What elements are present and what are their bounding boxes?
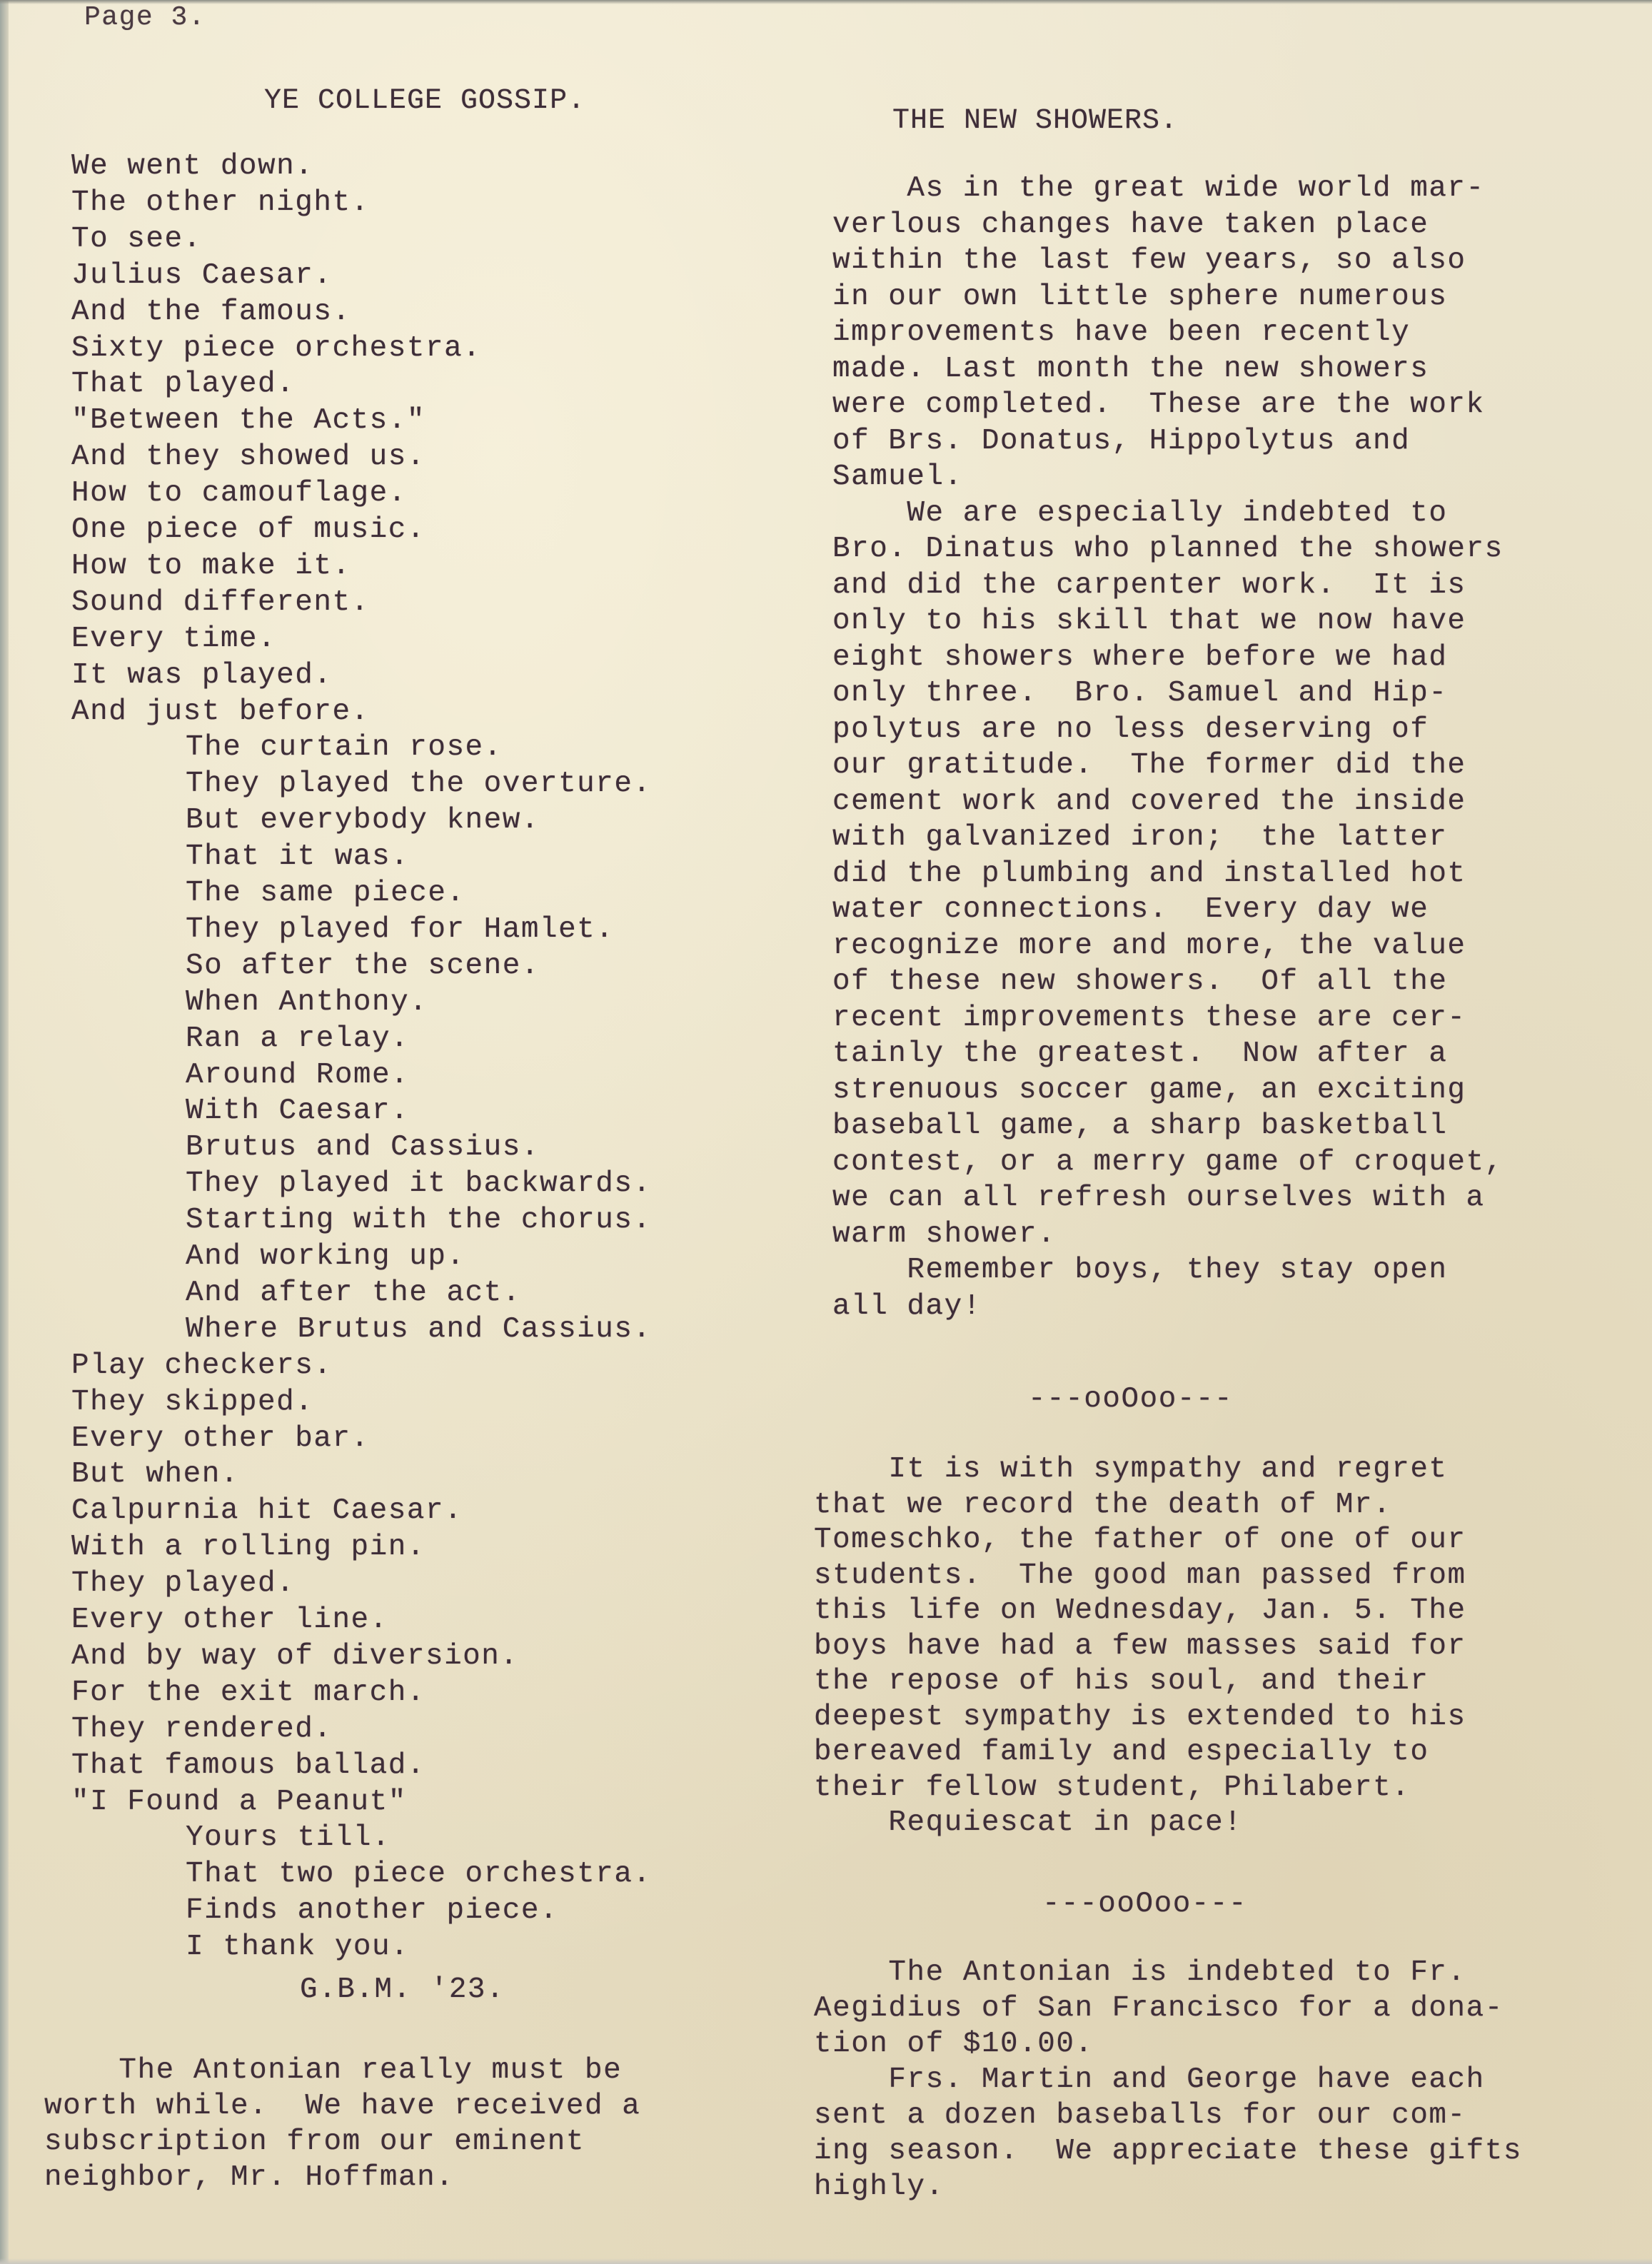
poem-line: We went down. bbox=[71, 152, 313, 181]
poem-line: One piece of music. bbox=[71, 515, 425, 545]
poem-line: Where Brutus and Cassius. bbox=[186, 1315, 652, 1344]
note-line: subscription from our eminent bbox=[44, 2128, 585, 2157]
left-article-title: YE COLLEGE GOSSIP. bbox=[264, 87, 585, 116]
obituary-line: bereaved family and especially to bbox=[814, 1738, 1429, 1767]
obituary-line: It is with sympathy and regret bbox=[814, 1455, 1448, 1484]
showers-line: were completed. These are the work bbox=[832, 391, 1485, 420]
showers-line: Remember boys, they stay open bbox=[832, 1256, 1447, 1285]
donation-line: highly. bbox=[814, 2173, 945, 2202]
obituary-line: this life on Wednesday, Jan. 5. The bbox=[814, 1596, 1466, 1626]
obituary-line: Tomeschko, the father of one of our bbox=[814, 1526, 1466, 1555]
poem-line: Julius Caesar. bbox=[71, 261, 332, 291]
poem-line: The other night. bbox=[71, 188, 370, 218]
poem-line: For the exit march. bbox=[71, 1679, 425, 1708]
obituary-line: the repose of his soul, and their bbox=[814, 1667, 1429, 1696]
poem-line: That played. bbox=[71, 370, 295, 399]
poem-line: But when. bbox=[71, 1460, 239, 1489]
poem-line: They played for Hamlet. bbox=[186, 915, 614, 945]
poem-line: And working up. bbox=[186, 1242, 465, 1272]
poem-line: Every time. bbox=[71, 625, 276, 654]
showers-line: we can all refresh ourselves with a bbox=[832, 1184, 1485, 1213]
donation-line: ing season. We appreciate these gifts bbox=[814, 2137, 1522, 2166]
showers-line: did the plumbing and installed hot bbox=[832, 860, 1466, 889]
paper-left-edge bbox=[0, 0, 9, 2264]
showers-line: made. Last month the new showers bbox=[832, 355, 1429, 384]
poem-signature: G.B.M. '23. bbox=[300, 1976, 505, 2005]
poem-line: I thank you. bbox=[186, 1933, 409, 1962]
poem-line: Finds another piece. bbox=[186, 1896, 558, 1926]
poem-line: And they showed us. bbox=[71, 443, 425, 472]
note-line: neighbor, Mr. Hoffman. bbox=[44, 2163, 454, 2193]
poem-line: They played the overture. bbox=[186, 770, 652, 799]
poem-line: "Between the Acts." bbox=[71, 406, 425, 436]
showers-line: eight showers where before we had bbox=[832, 643, 1447, 673]
poem-line: That it was. bbox=[186, 842, 409, 872]
showers-line: As in the great wide world mar- bbox=[832, 174, 1485, 203]
donation-line: tion of $10.00. bbox=[814, 2030, 1094, 2059]
right-article-title: THE NEW SHOWERS. bbox=[892, 107, 1178, 136]
poem-line: Every other bar. bbox=[71, 1424, 370, 1454]
poem-line: Calpurnia hit Caesar. bbox=[71, 1496, 463, 1526]
section-separator-2: ---ooOoo--- bbox=[1042, 1890, 1247, 1919]
poem-line: They skipped. bbox=[71, 1388, 313, 1417]
poem-line: And just before. bbox=[71, 698, 370, 727]
poem-line: Starting with the chorus. bbox=[186, 1206, 652, 1235]
poem-line: But everybody knew. bbox=[186, 806, 540, 835]
showers-line: tainly the greatest. Now after a bbox=[832, 1040, 1447, 1069]
showers-line: all day! bbox=[832, 1292, 982, 1322]
poem-line: With a rolling pin. bbox=[71, 1533, 425, 1562]
poem-line: How to camouflage. bbox=[71, 479, 407, 508]
showers-line: cement work and covered the inside bbox=[832, 788, 1466, 817]
obituary-line: students. The good man passed from bbox=[814, 1561, 1466, 1591]
showers-line: only three. Bro. Samuel and Hip- bbox=[832, 679, 1447, 708]
poem-line: The same piece. bbox=[186, 879, 465, 908]
poem-line: They played it backwards. bbox=[186, 1169, 652, 1199]
donation-line: Frs. Martin and George have each bbox=[814, 2066, 1485, 2095]
showers-line: in our own little sphere numerous bbox=[832, 283, 1447, 312]
donation-line: Aegidius of San Francisco for a dona- bbox=[814, 1994, 1504, 2023]
section-separator-1: ---ooOoo--- bbox=[1028, 1385, 1233, 1414]
showers-line: verlous changes have taken place bbox=[832, 211, 1429, 240]
donation-line: sent a dozen baseballs for our com- bbox=[814, 2101, 1466, 2130]
note-line: The Antonian really must be bbox=[44, 2056, 622, 2086]
poem-line: The curtain rose. bbox=[186, 733, 503, 763]
showers-line: of Brs. Donatus, Hippolytus and bbox=[832, 427, 1410, 456]
showers-line: only to his skill that we now have bbox=[832, 607, 1466, 636]
showers-line: recognize more and more, the value bbox=[832, 932, 1466, 961]
poem-line: How to make it. bbox=[71, 552, 351, 581]
paper-bottom-edge bbox=[0, 2258, 1652, 2264]
page-number: Page 3. bbox=[84, 4, 206, 31]
poem-line: With Caesar. bbox=[186, 1097, 409, 1126]
showers-line: water connections. Every day we bbox=[832, 895, 1429, 925]
showers-line: warm shower. bbox=[832, 1220, 1056, 1249]
showers-line: strenuous soccer game, an exciting bbox=[832, 1076, 1466, 1105]
paper-top-edge bbox=[0, 0, 1652, 4]
showers-line: Bro. Dinatus who planned the showers bbox=[832, 535, 1504, 564]
showers-line: of these new showers. Of all the bbox=[832, 967, 1447, 997]
poem-line: To see. bbox=[71, 225, 202, 254]
donation-line: The Antonian is indebted to Fr. bbox=[814, 1958, 1466, 1988]
showers-line: with galvanized iron; the latter bbox=[832, 823, 1447, 852]
showers-line: our gratitude. The former did the bbox=[832, 751, 1466, 780]
showers-line: We are especially indebted to bbox=[832, 499, 1447, 528]
showers-line: contest, or a merry game of croquet, bbox=[832, 1148, 1504, 1177]
poem-line: And the famous. bbox=[71, 298, 351, 327]
obituary-line: deepest sympathy is extended to his bbox=[814, 1703, 1466, 1732]
showers-line: baseball game, a sharp basketball bbox=[832, 1112, 1447, 1141]
poem-line: And by way of diversion. bbox=[71, 1642, 519, 1671]
obituary-line: their fellow student, Philabert. bbox=[814, 1774, 1410, 1803]
obituary-line: that we record the death of Mr. bbox=[814, 1491, 1391, 1520]
poem-line: Every other line. bbox=[71, 1606, 388, 1635]
poem-line: Ran a relay. bbox=[186, 1025, 409, 1054]
poem-line: Brutus and Cassius. bbox=[186, 1133, 540, 1162]
poem-line: Yours till. bbox=[186, 1823, 391, 1853]
showers-line: within the last few years, so also bbox=[832, 246, 1466, 276]
showers-line: Samuel. bbox=[832, 463, 963, 492]
showers-line: improvements have been recently bbox=[832, 318, 1410, 348]
poem-line: That famous ballad. bbox=[71, 1751, 425, 1781]
poem-line: It was played. bbox=[71, 661, 332, 690]
obituary-line: Requiescat in pace! bbox=[814, 1808, 1242, 1838]
showers-line: recent improvements these are cer- bbox=[832, 1004, 1466, 1033]
obituary-line: boys have had a few masses said for bbox=[814, 1632, 1466, 1661]
poem-line: "I Found a Peanut" bbox=[71, 1788, 407, 1817]
poem-line: So after the scene. bbox=[186, 952, 540, 981]
poem-line: Sound different. bbox=[71, 588, 370, 618]
note-line: worth while. We have received a bbox=[44, 2092, 640, 2121]
showers-line: polytus are no less deserving of bbox=[832, 715, 1429, 745]
poem-line: Around Rome. bbox=[186, 1061, 409, 1090]
poem-line: When Anthony. bbox=[186, 988, 428, 1017]
poem-line: They played. bbox=[71, 1569, 295, 1599]
showers-line: and did the carpenter work. It is bbox=[832, 571, 1466, 600]
poem-line: Play checkers. bbox=[71, 1352, 332, 1381]
poem-line: And after the act. bbox=[186, 1279, 521, 1308]
poem-line: That two piece orchestra. bbox=[186, 1860, 652, 1889]
poem-line: Sixty piece orchestra. bbox=[71, 334, 481, 363]
poem-line: They rendered. bbox=[71, 1715, 332, 1744]
